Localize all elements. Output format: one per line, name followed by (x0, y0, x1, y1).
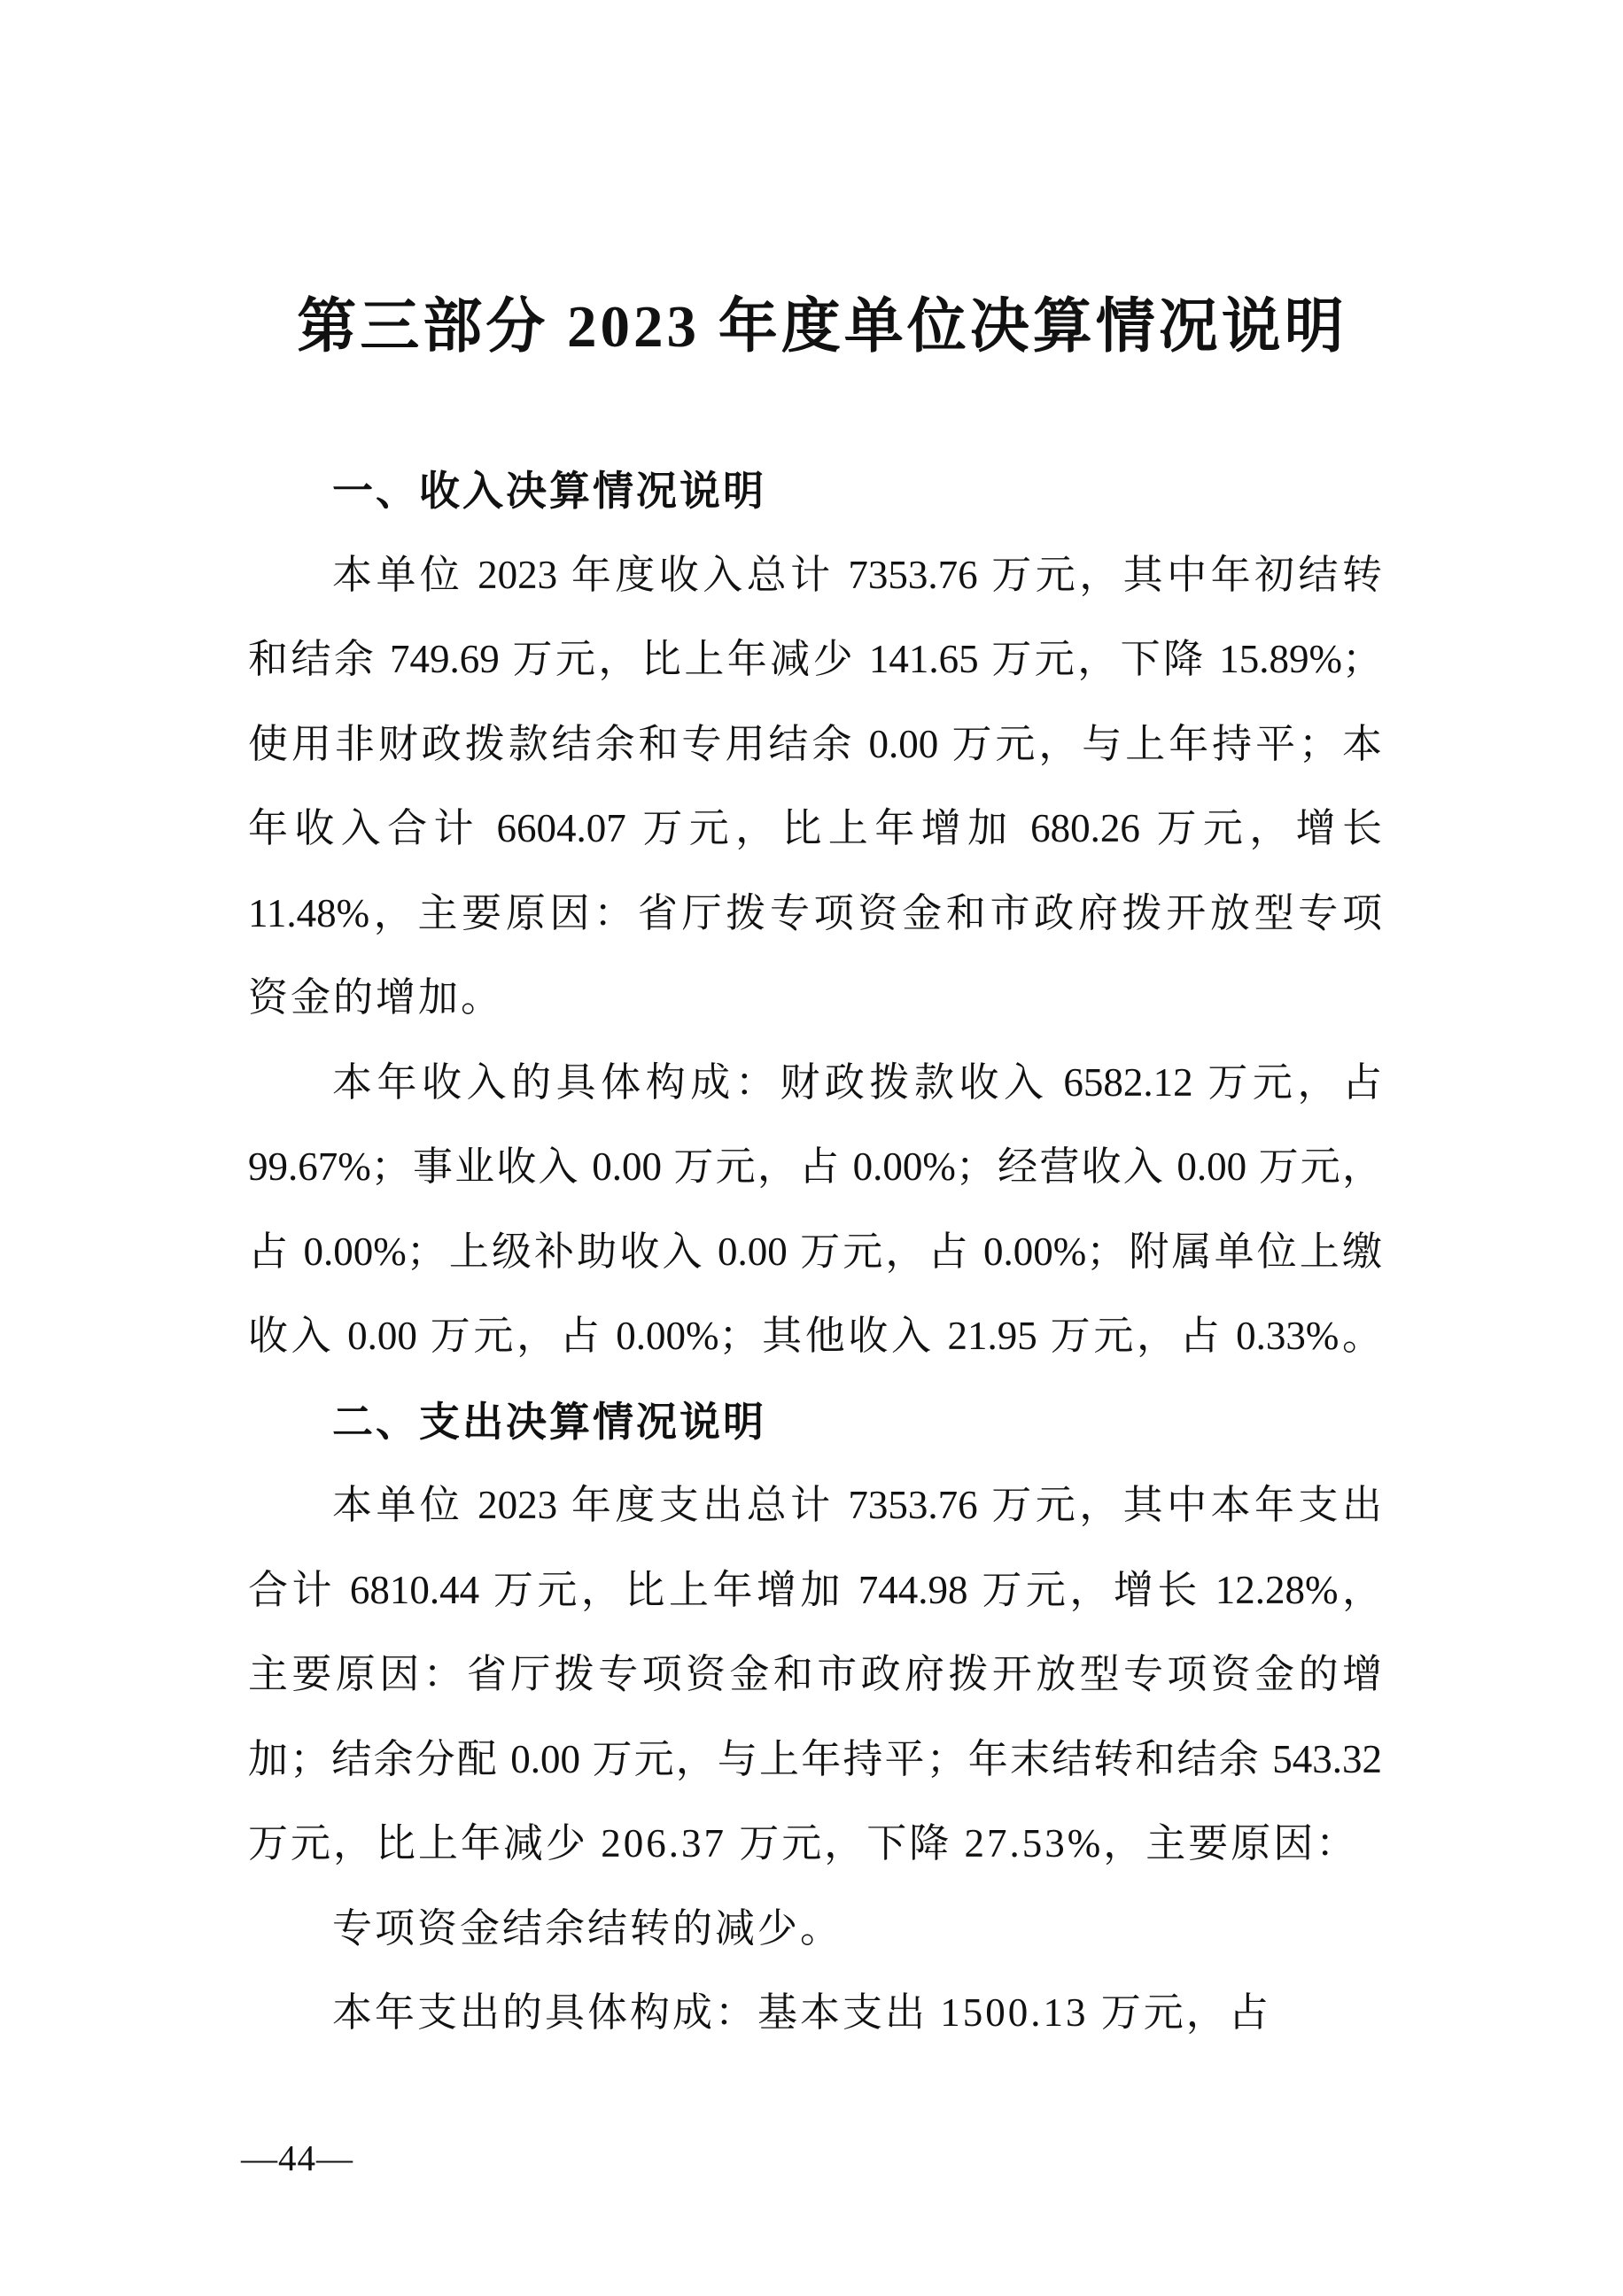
body-line: 合计 6810.44 万元，比上年增加 744.98 万元，增长 12.28%， (248, 1569, 1382, 1613)
body-line: 本单位 2023 年度收入总计 7353.76 万元，其中年初结转 (248, 554, 1382, 598)
body-line: 万元，比上年减少 206.37 万元，下降 27.53%，主要原因： (248, 1822, 1382, 1866)
body-line: 本年收入的具体构成：财政拨款收入 6582.12 万元，占 (248, 1061, 1382, 1105)
body-line: 11.48%，主要原因：省厅拨专项资金和市政府拨开放型专项 (248, 892, 1382, 936)
body-line: 本单位 2023 年度支出总计 7353.76 万元，其中本年支出 (248, 1484, 1382, 1528)
body-line: 加；结余分配 0.00 万元，与上年持平；年末结转和结余 543.32 (248, 1738, 1382, 1782)
body-line: 占 0.00%；上级补助收入 0.00 万元，占 0.00%；附属单位上缴 (248, 1230, 1382, 1275)
body-line: 收入 0.00 万元，占 0.00%；其他收入 21.95 万元，占 0.33%… (248, 1315, 1382, 1359)
section-heading-expenditure: 二、支出决算情况说明 (248, 1400, 1382, 1445)
page-number: —44— (241, 2137, 353, 2179)
body-line: 年收入合计 6604.07 万元，比上年增加 680.26 万元，增长 (248, 807, 1382, 851)
body-line: 主要原因：省厅拨专项资金和市政府拨开放型专项资金的增 (248, 1653, 1382, 1697)
body-line: 本年支出的具体构成：基本支出 1500.13 万元，占 (248, 1991, 1382, 2036)
body-line: 使用非财政拨款结余和专用结余 0.00 万元，与上年持平；本 (248, 723, 1382, 767)
body-line: 专项资金结余结转的减少。 (248, 1907, 1382, 1951)
body-line: 资金的增加。 (248, 976, 1382, 1020)
document-page: 第三部分 2023 年度单位决算情况说明 一、收入决算情况说明 本单位 2023… (0, 0, 1623, 2296)
document-title: 第三部分 2023 年度单位决算情况说明 (0, 296, 1623, 358)
section-heading-income: 一、收入决算情况说明 (248, 469, 1382, 514)
body-line: 99.67%；事业收入 0.00 万元，占 0.00%；经营收入 0.00 万元… (248, 1145, 1382, 1190)
body-line: 和结余 749.69 万元，比上年减少 141.65 万元，下降 15.89%； (248, 638, 1382, 682)
